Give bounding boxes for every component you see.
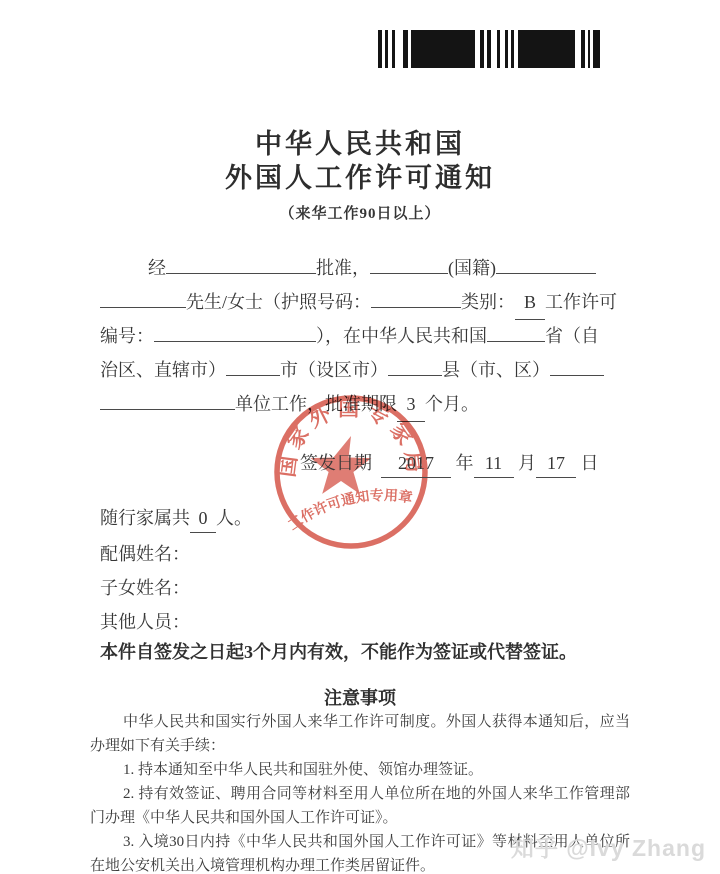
text-segment: 月	[514, 453, 537, 473]
text-segment: 人。	[216, 508, 252, 528]
filled-blank: 2017	[381, 449, 451, 478]
text-segment: 工作许可	[545, 292, 617, 312]
blank-field	[100, 289, 186, 308]
filled-blank: 17	[536, 449, 576, 478]
other-persons-label: 其他人员：	[100, 608, 190, 636]
text-segment: ），在中华人民共和国	[316, 326, 487, 346]
blank-field	[100, 391, 235, 410]
notice-item-2: 2. 持有效签证、聘用合同等材料至用人单位所在地的外国人来华工作管理部门办理《中…	[90, 782, 630, 830]
filled-blank: 11	[474, 449, 514, 478]
text-segment: 编号：	[100, 326, 154, 346]
document-page: 中华人民共和国 外国人工作许可通知 （来华工作90日以上） 经批准，(国籍) 先…	[0, 0, 720, 874]
blank-field	[487, 323, 545, 342]
doc-title-line1: 中华人民共和国	[0, 127, 720, 161]
notices-heading: 注意事项	[0, 684, 720, 710]
text-segment: (国籍)	[448, 258, 496, 278]
doc-subtitle: （来华工作90日以上）	[0, 202, 720, 223]
text-segment: 经	[148, 258, 166, 278]
text-segment: 年	[451, 453, 474, 473]
text-segment: 县（市、区）	[442, 360, 550, 380]
blank-field	[550, 357, 604, 376]
blank-field	[496, 255, 596, 274]
blank-field	[226, 357, 280, 376]
paragraph-line-1: 经批准，(国籍)	[100, 251, 624, 285]
filled-blank: B	[515, 285, 545, 320]
text-segment: 市（设区市）	[280, 360, 388, 380]
blank-field	[166, 255, 316, 274]
text-segment: 随行家属共	[100, 508, 190, 528]
issue-date-line: 签发日期 2017 年11 月17 日	[300, 449, 599, 478]
family-count-line: 随行家属共0人。	[100, 504, 252, 533]
children-name-label: 子女姓名：	[100, 574, 190, 602]
text-segment: 先生/女士（护照号码：	[186, 292, 371, 312]
spouse-name-label: 配偶姓名：	[100, 540, 190, 568]
paragraph-line-3: 编号：），在中华人民共和国省（自	[100, 319, 624, 353]
blank-field	[388, 357, 442, 376]
doc-title-line2: 外国人工作许可通知	[0, 161, 720, 195]
document-header: 中华人民共和国 外国人工作许可通知 （来华工作90日以上）	[0, 127, 720, 223]
filled-blank: 0	[190, 504, 216, 533]
watermark: 知乎 @Ivy Zhang	[511, 830, 706, 863]
text-segment: 省（自	[545, 326, 599, 346]
text-segment: 治区、直辖市）	[100, 360, 226, 380]
blank-field	[370, 255, 448, 274]
paragraph-line-2: 先生/女士（护照号码：类别：B工作许可	[100, 285, 624, 319]
text-segment: 日	[576, 453, 599, 473]
text-segment: 批准，	[316, 258, 370, 278]
text-segment: 签发日期	[300, 453, 381, 473]
blank-field	[154, 323, 316, 342]
barcode-image	[378, 30, 600, 68]
notices-intro: 中华人民共和国实行外国人来华工作许可制度。外国人获得本通知后，应当办理如下有关手…	[90, 710, 630, 758]
validity-statement: 本件自签发之日起3个月内有效，不能作为签证或代替签证。	[100, 638, 577, 664]
notice-item-1: 1. 持本通知至中华人民共和国驻外使、领馆办理签证。	[90, 758, 630, 782]
blank-field	[371, 289, 461, 308]
text-segment: 类别：	[461, 292, 515, 312]
